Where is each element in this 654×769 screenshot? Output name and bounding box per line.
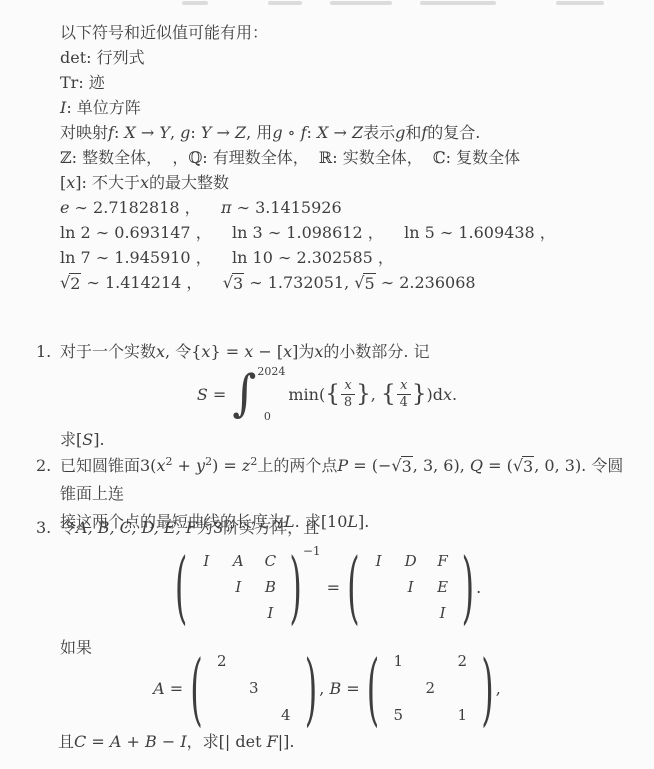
matrix-equation: ( IACIBI ) −1 = ( IDFIEI ) .: [173, 548, 481, 626]
right-paren: ): [481, 649, 493, 727]
problem-1-ask: 求[S].: [60, 426, 105, 454]
trailing-comma: ,: [496, 679, 501, 698]
equals-sign: =: [341, 679, 365, 698]
ab-definition: A = ( 234 ) , B = ( 12251 ) ,: [153, 648, 501, 729]
left-paren: (: [367, 649, 379, 727]
cropped-title-remnant: [556, 1, 604, 5]
lhs-matrix: ( IACIBI ) −1: [175, 548, 320, 626]
cropped-title-remnant: [420, 1, 496, 5]
matrix-a-grid: 234: [206, 648, 302, 729]
problem-1-number: 1.: [36, 338, 60, 366]
inverse-exponent: −1: [303, 544, 321, 558]
right-paren: ): [289, 548, 301, 626]
right-paren: ): [305, 649, 317, 727]
trailing-period: .: [476, 578, 481, 597]
preamble-floor-function: [x]: 不大于x的最大整数: [60, 170, 634, 195]
preamble-identity: I: 单位方阵: [60, 95, 634, 120]
lhs-matrix-grid: IACIBI: [190, 548, 286, 626]
preamble-section: 以下符号和近似值可能有用： det: 行列式 Tr: 迹 I: 单位方阵 对映射…: [60, 20, 634, 295]
left-paren: (: [190, 649, 202, 727]
cropped-title-remnant: [268, 1, 302, 5]
preamble-mapping: 对映射f: X → Y, g: Y → Z, 用g ∘ f: X → Z表示g和…: [60, 120, 634, 145]
preamble-intro: 以下符号和近似值可能有用：: [60, 20, 634, 45]
preamble-tr: Tr: 迹: [60, 70, 634, 95]
matrix-b: ( 12251 ): [367, 648, 494, 729]
preamble-constants-e-pi: e ∼ 2.7182818 ， π ∼ 3.1415926: [60, 195, 634, 220]
right-paren: ): [462, 548, 474, 626]
separator-comma: ,: [319, 679, 329, 698]
matrix-b-grid: 12251: [382, 648, 478, 729]
equals-sign: =: [165, 679, 189, 698]
problem-1: 1. 对于一个实数x, 令{x} = x − [x]为x的小数部分. 记: [36, 338, 646, 366]
problem-3-text: 令A, B, C, D, E, F为3阶实方阵，且: [60, 514, 646, 542]
matrix-b-label: B: [329, 679, 341, 698]
exam-page: 以下符号和近似值可能有用： det: 行列式 Tr: 迹 I: 单位方阵 对映射…: [0, 0, 654, 769]
preamble-det: det: 行列式: [60, 45, 634, 70]
problem-1-formula: S = ∫20240min({x8}, {x4})dx.: [0, 366, 654, 422]
preamble-number-sets: ℤ: 整数全体， ，ℚ: 有理数全体， ℝ: 实数全体， ℂ: 复数全体: [60, 145, 634, 170]
rhs-matrix-grid: IDFIEI: [363, 548, 459, 626]
problem-2-line1: 已知圆锥面3(x2 + y2) = z2上的两个点P = (−√3, 3, 6)…: [60, 452, 632, 508]
problem-3: 3. 令A, B, C, D, E, F为3阶实方阵，且: [36, 514, 646, 542]
preamble-ln-values-1: ln 2 ∼ 0.693147 ， ln 3 ∼ 1.098612 ， ln 5…: [60, 220, 634, 245]
rhs-matrix: ( IDFIEI ): [347, 548, 474, 626]
left-paren: (: [347, 548, 359, 626]
equals-sign: =: [322, 578, 346, 597]
matrix-a: ( 234 ): [190, 648, 317, 729]
cropped-title-remnant: [182, 1, 208, 5]
problem-3-matrix-equation: ( IACIBI ) −1 = ( IDFIEI ) .: [0, 548, 654, 626]
integral-expression: S = ∫20240min({x8}, {x4})dx.: [197, 366, 457, 422]
problem-2-number: 2.: [36, 452, 60, 480]
problem-1-text: 对于一个实数x, 令{x} = x − [x]为x的小数部分. 记: [60, 338, 646, 366]
matrix-a-label: A: [153, 679, 165, 698]
preamble-ln-values-2: ln 7 ∼ 1.945910 ， ln 10 ∼ 2.302585 ，: [60, 245, 634, 270]
problem-3-number: 3.: [36, 514, 60, 542]
problem-3-ab-matrices: A = ( 234 ) , B = ( 12251 ) ,: [0, 648, 654, 729]
left-paren: (: [175, 548, 187, 626]
preamble-sqrt-values: √2 ∼ 1.414214 ， √3 ∼ 1.732051, √5 ∼ 2.23…: [60, 270, 634, 295]
cropped-title-remnant: [330, 1, 392, 5]
problem-3-final-ask: 且C = A + B − I，求[| det F|].: [58, 728, 294, 756]
